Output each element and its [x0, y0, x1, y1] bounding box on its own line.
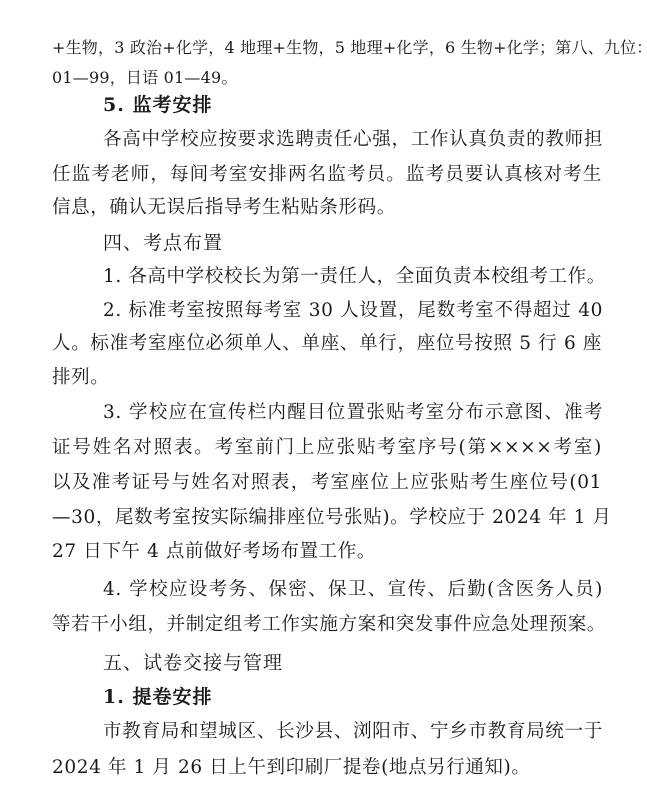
list-item-line: 2. 标准考室按照每考室 30 人设置，尾数考室不得超过 40	[103, 299, 603, 323]
list-item-line: 排列。	[52, 366, 602, 390]
text-line: 任监考老师，每间考室安排两名监考员。监考员要认真核对考生	[52, 163, 602, 187]
text-line: 各高中学校应按要求选聘责任心强，工作认真负责的教师担	[103, 128, 603, 152]
heading-paper-handover: 五、试卷交接与管理	[103, 651, 283, 675]
heading-exam-site-setup: 四、考点布置	[103, 231, 223, 255]
list-item-line: 证号姓名对照表。考室前门上应张贴考室序号(第××××考室)	[52, 436, 602, 460]
subheading-paper-pickup: 1. 提卷安排	[103, 685, 212, 709]
list-item-line: 以及准考证号与姓名对照表，考室座位上应张贴考生座位号(01	[52, 471, 602, 495]
text-line-subject-codes: +生物，3 政治+化学，4 地理+生物，5 地理+化学，6 生物+化学；第八、九…	[52, 36, 602, 60]
text-line: 市教育局和望城区、长沙县、浏阳市、宁乡市教育局统一于	[103, 720, 603, 744]
document-page: +生物，3 政治+化学，4 地理+生物，5 地理+化学，6 生物+化学；第八、九…	[0, 0, 647, 807]
text-line: 2024 年 1 月 26 日上午到印刷厂提卷(地点另行通知)。	[52, 756, 602, 780]
list-item-line: —30，尾数考室按实际编排座位号张贴)。学校应于 2024 年 1 月	[52, 506, 602, 530]
list-item-line: 1. 各高中学校校长为第一责任人，全面负责本校组考工作。	[103, 265, 603, 289]
text-line: 信息，确认无误后指导考生粘贴条形码。	[52, 196, 602, 220]
list-item-line: 等若干小组，并制定组考工作实施方案和突发事件应急处理预案。	[52, 613, 602, 637]
list-item-line: 人。标准考室座位必须单人、单座、单行，座位号按照 5 行 6 座	[52, 332, 602, 356]
list-item-line: 3. 学校应在宣传栏内醒目位置张贴考室分布示意图、准考	[103, 401, 603, 425]
list-item-line: 4. 学校应设考务、保密、保卫、宣传、后勤(含医务人员)	[103, 578, 603, 602]
text-line-language-codes: 01—99，日语 01—49。	[52, 66, 602, 90]
list-item-line: 27 日下午 4 点前做好考场布置工作。	[52, 540, 602, 564]
heading-invigilation: 5. 监考安排	[103, 93, 212, 117]
